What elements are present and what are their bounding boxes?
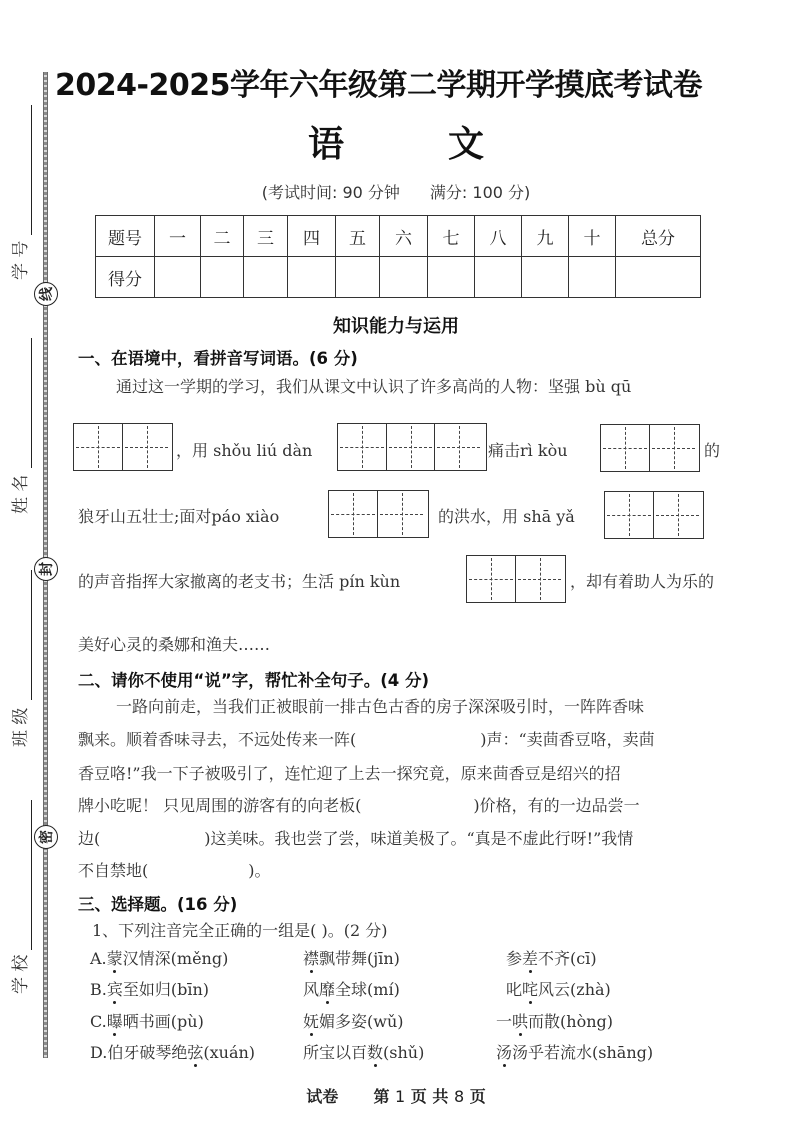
dotted-char: 汤: [496, 1040, 512, 1063]
header-cell: 三: [244, 216, 288, 257]
header-cell: 一: [155, 216, 201, 257]
score-cell-total[interactable]: [616, 257, 701, 298]
name-field-rule: [31, 338, 32, 468]
pinyin-shouliudan: shǒu liú dàn: [213, 441, 312, 460]
option-d-item-2: 所宝以百数(shǔ): [303, 1040, 424, 1063]
q1-text-langya: 狼牙山五壮士;面对páo xiào: [78, 504, 279, 527]
q1-text-last: 美好心灵的桑娜和渔夫……: [78, 632, 270, 655]
q2-line-4: 牌小吃呢！ 只见周围的游客有的向老板()价格，有的一边品尝一: [78, 793, 640, 816]
exam-time: (考试时间: 90 分钟: [262, 183, 400, 202]
option-a-item-3: 参差不齐(cī): [506, 946, 597, 969]
seal-xian-icon: 线: [34, 282, 58, 306]
dotted-char: 哄: [512, 1009, 528, 1032]
header-cell: 六: [380, 216, 428, 257]
q2-line-6: 不自禁地()。: [78, 858, 271, 881]
pinyin-buqu: bù qū: [585, 377, 631, 396]
q2-title: 二、请你不使用“说”字，帮忙补全句子。(4 分): [78, 667, 429, 691]
dotted-char: 弦: [187, 1040, 203, 1063]
exam-meta: (考试时间: 90 分钟满分: 100 分): [0, 180, 792, 203]
score-cell[interactable]: [244, 257, 288, 298]
subject-char-1: 语: [308, 116, 344, 167]
q1-title: 一、在语境中，看拼音写词语。(6 分): [78, 345, 358, 369]
q2-line-2: 飘来。顺着香味寻去，不远处传来一阵()声：“卖茴香豆咯，卖茴: [78, 727, 655, 750]
dotted-char: 数: [367, 1040, 383, 1063]
pinyin-pinkun: pín kùn: [339, 572, 400, 591]
subject-char-2: 文: [448, 116, 484, 167]
q1-line-1: 通过这一学期的学习，我们从课文中认识了许多高尚的人物：坚强 bù qū: [116, 374, 631, 397]
seal-mi-icon: 密: [34, 825, 58, 849]
option-b-item-3: 叱咤风云(zhà): [506, 977, 611, 1000]
tianzige-shouliudan[interactable]: [337, 423, 487, 471]
q3-title: 三、选择题。(16 分): [78, 891, 237, 915]
page-total: 8: [454, 1087, 464, 1106]
header-cell: 四: [288, 216, 336, 257]
tianzige-rikou[interactable]: [600, 424, 700, 472]
dotted-char: 咤: [522, 977, 538, 1000]
dotted-char: 差: [522, 946, 538, 969]
dotted-char: 曝: [107, 1009, 123, 1032]
q2-line-1: 一路向前走，当我们正被眼前一排古色古香的房子深深吸引时，一阵阵香味: [116, 694, 644, 717]
school-label: 学 校: [10, 972, 32, 994]
name-label: 姓 名: [10, 492, 32, 514]
header-cell: 题号: [96, 216, 155, 257]
student-id-label: 学 号: [10, 258, 32, 280]
q2-line-3: 香豆咯!”我一下子被吸引了，连忙迎了上去一探究竟，原来茴香豆是绍兴的招: [78, 761, 621, 784]
q1-text-yong: ，用 shǒu liú dàn: [176, 438, 312, 461]
header-cell: 七: [428, 216, 475, 257]
dotted-char: 宾: [107, 977, 123, 1000]
q1-text-queyou: ，却有着助人为乐的: [570, 569, 714, 592]
score-cell[interactable]: [201, 257, 244, 298]
q3-sub1: 1、下列注音完全正确的一组是( )。(2 分): [92, 918, 388, 941]
option-d[interactable]: D.伯牙破琴绝弦(xuán): [90, 1040, 255, 1063]
option-a[interactable]: A.蒙汉情深(měng): [90, 946, 228, 969]
header-cell: 十: [569, 216, 616, 257]
dotted-char: 靡: [319, 977, 335, 1000]
dotted-char: 襟: [303, 946, 319, 969]
pinyin-rikou: rì kòu: [520, 441, 567, 460]
tianzige-pinkun[interactable]: [466, 555, 566, 603]
score-table: 题号 一 二 三 四 五 六 七 八 九 十 总分 得分: [95, 215, 701, 298]
header-cell: 五: [336, 216, 380, 257]
score-table-header-row: 题号 一 二 三 四 五 六 七 八 九 十 总分: [96, 216, 701, 257]
option-d-item-3: 汤汤乎若流水(shāng): [496, 1040, 653, 1063]
tianzige-paoxiao[interactable]: [328, 490, 429, 538]
tianzige-shaya[interactable]: [604, 491, 704, 539]
q1-text-de: 的: [704, 438, 720, 461]
score-cell[interactable]: [522, 257, 569, 298]
q1-text-tongji: 痛击rì kòu: [488, 438, 568, 461]
option-b-item-2: 风靡全球(mí): [303, 977, 400, 1000]
option-c-item-2: 妩媚多姿(wǔ): [303, 1009, 404, 1032]
class-field-rule: [31, 570, 32, 700]
pinyin-paoxiao: páo xiào: [211, 507, 279, 526]
q1-text-shengyin: 的声音指挥大家撤离的老支书；生活 pín kùn: [78, 569, 400, 592]
class-label: 班 级: [10, 725, 32, 747]
score-cell[interactable]: [569, 257, 616, 298]
page-number: 1: [395, 1087, 405, 1106]
pinyin-shaya: shā yǎ: [523, 507, 575, 526]
dotted-char: 蒙: [107, 946, 123, 969]
exam-title: 2024-2025学年六年级第二学期开学摸底考试卷: [55, 60, 755, 104]
score-cell[interactable]: [380, 257, 428, 298]
score-row-label: 得分: [96, 257, 155, 298]
option-c[interactable]: C.曝晒书画(pù): [90, 1009, 204, 1032]
q2-line-5: 边()这美味。我也尝了尝，味道美极了。“真是不虚此行呀!”我情: [78, 826, 633, 849]
score-cell[interactable]: [336, 257, 380, 298]
full-score: 满分: 100 分): [430, 183, 530, 202]
seal-feng-icon: 封: [34, 557, 58, 581]
score-cell[interactable]: [475, 257, 522, 298]
page-footer: 试卷 第 1 页 共 8 页: [0, 1084, 792, 1107]
school-field-rule: [31, 800, 32, 950]
q1-text-hongshui: 的洪水，用 shā yǎ: [438, 504, 575, 527]
option-a-item-2: 襟飘带舞(jīn): [303, 946, 400, 969]
score-cell[interactable]: [428, 257, 475, 298]
score-table-score-row: 得分: [96, 257, 701, 298]
score-cell[interactable]: [288, 257, 336, 298]
header-cell: 二: [201, 216, 244, 257]
option-c-item-3: 一哄而散(hòng): [496, 1009, 613, 1032]
subject-title: 语文: [0, 116, 792, 167]
header-cell: 总分: [616, 216, 701, 257]
header-cell: 八: [475, 216, 522, 257]
dotted-char: 妩: [303, 1009, 319, 1032]
tianzige-buqu[interactable]: [73, 423, 173, 471]
option-b[interactable]: B.宾至如归(bīn): [90, 977, 209, 1000]
header-cell: 九: [522, 216, 569, 257]
score-cell[interactable]: [155, 257, 201, 298]
section-heading: 知识能力与运用: [0, 312, 792, 338]
